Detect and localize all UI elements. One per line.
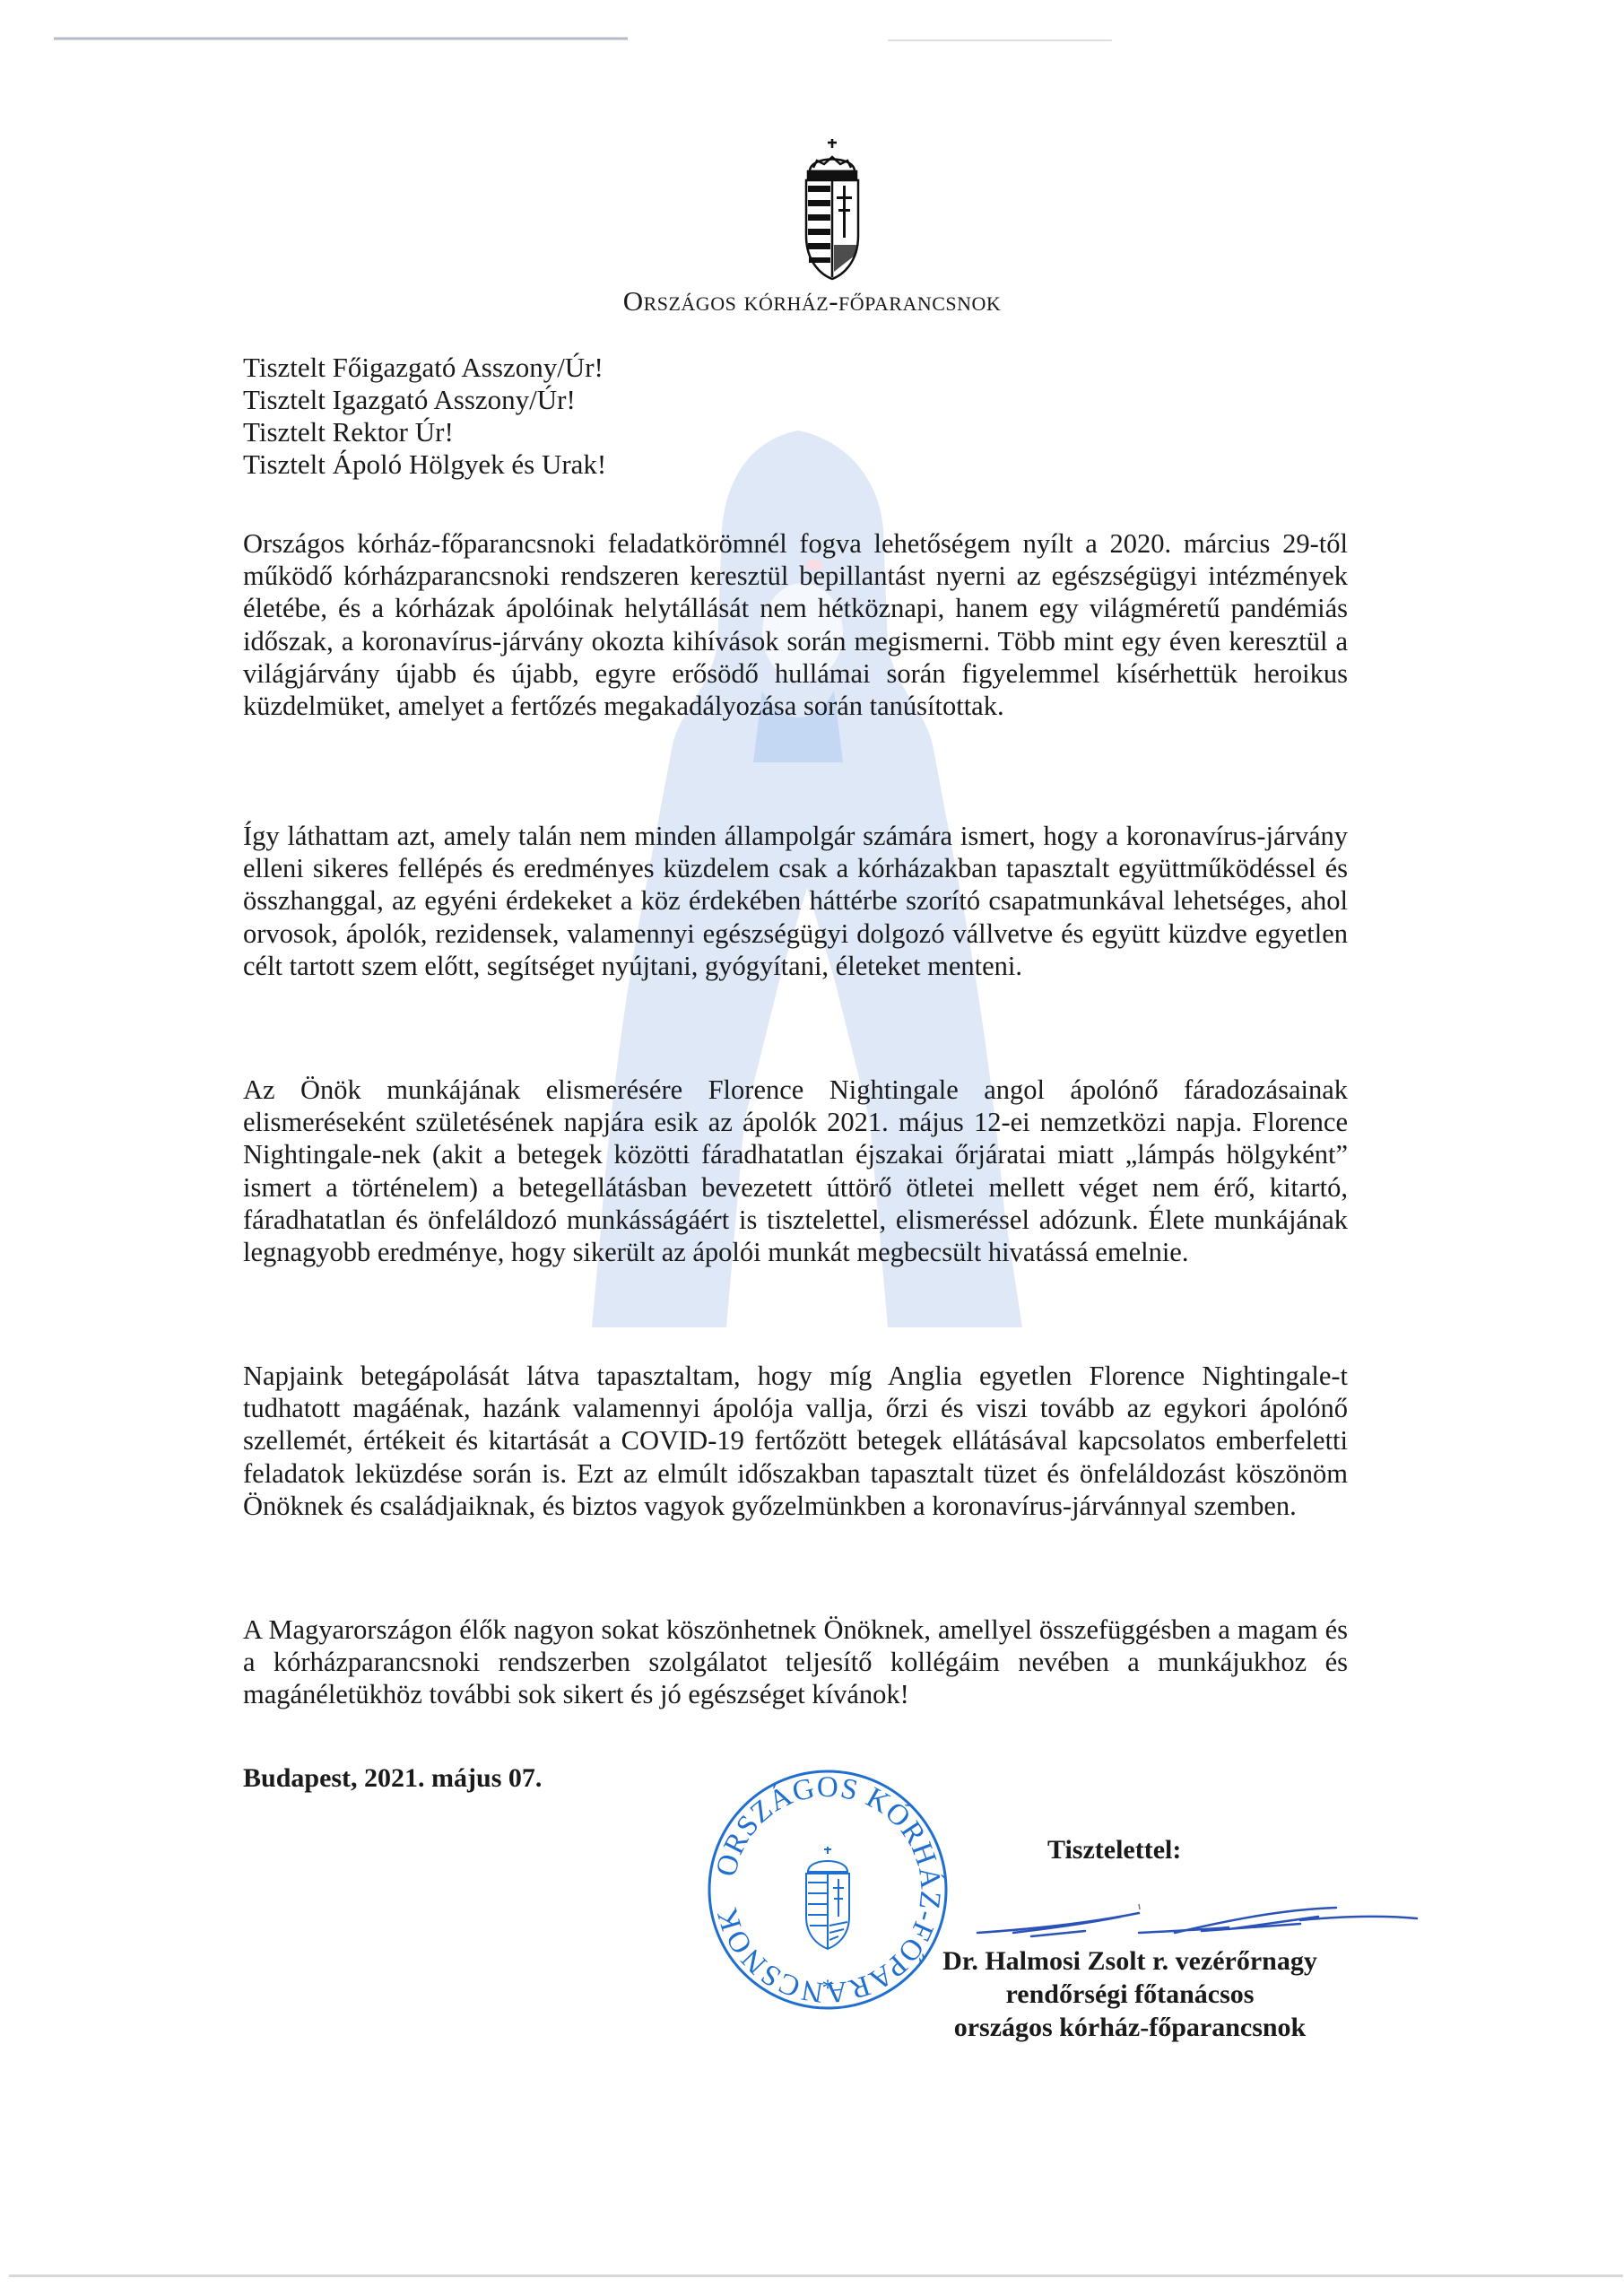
body-paragraph: Napjaink betegápolását látva tapasztalta… [243, 1360, 1348, 1522]
scan-artifact-line [9, 2274, 1623, 2277]
body-paragraph: A Magyarországon élők nagyon sokat köszö… [243, 1613, 1348, 1711]
hungarian-coat-of-arms-icon [797, 137, 867, 281]
signer-title: országos kórház-főparancsnok [897, 2011, 1363, 2044]
svg-text:*: * [822, 1975, 834, 2001]
salutation-line: Tisztelt Ápoló Hölgyek és Urak! [243, 448, 606, 481]
salutation-line: Tisztelt Főigazgató Asszony/Úr! [243, 352, 606, 384]
organization-title: Országos kórház-főparancsnok [0, 285, 1624, 317]
date-line: Budapest, 2021. május 07. [243, 1763, 542, 1794]
salutation-block: Tisztelt Főigazgató Asszony/Úr! Tisztelt… [243, 352, 606, 481]
handwritten-signature-icon [960, 1897, 1426, 1951]
salutation-line: Tisztelt Rektor Úr! [243, 416, 606, 448]
scan-artifact-line [888, 39, 1112, 41]
body-paragraph: Így láthattam azt, amely talán nem minde… [243, 820, 1348, 982]
closing-phrase: Tisztelettel: [1047, 1835, 1181, 1865]
signer-block: Dr. Halmosi Zsolt r. vezérőrnagy rendőrs… [897, 1944, 1363, 2044]
scan-artifact-line [54, 37, 628, 40]
body-paragraph: Az Önök munkájának elismerésére Florence… [243, 1074, 1348, 1268]
salutation-line: Tisztelt Igazgató Asszony/Úr! [243, 384, 606, 416]
signer-rank: rendőrségi főtanácsos [897, 1978, 1363, 2011]
body-paragraph: Országos kórház-főparancsnoki feladatkör… [243, 527, 1348, 722]
signer-name: Dr. Halmosi Zsolt r. vezérőrnagy [897, 1944, 1363, 1978]
